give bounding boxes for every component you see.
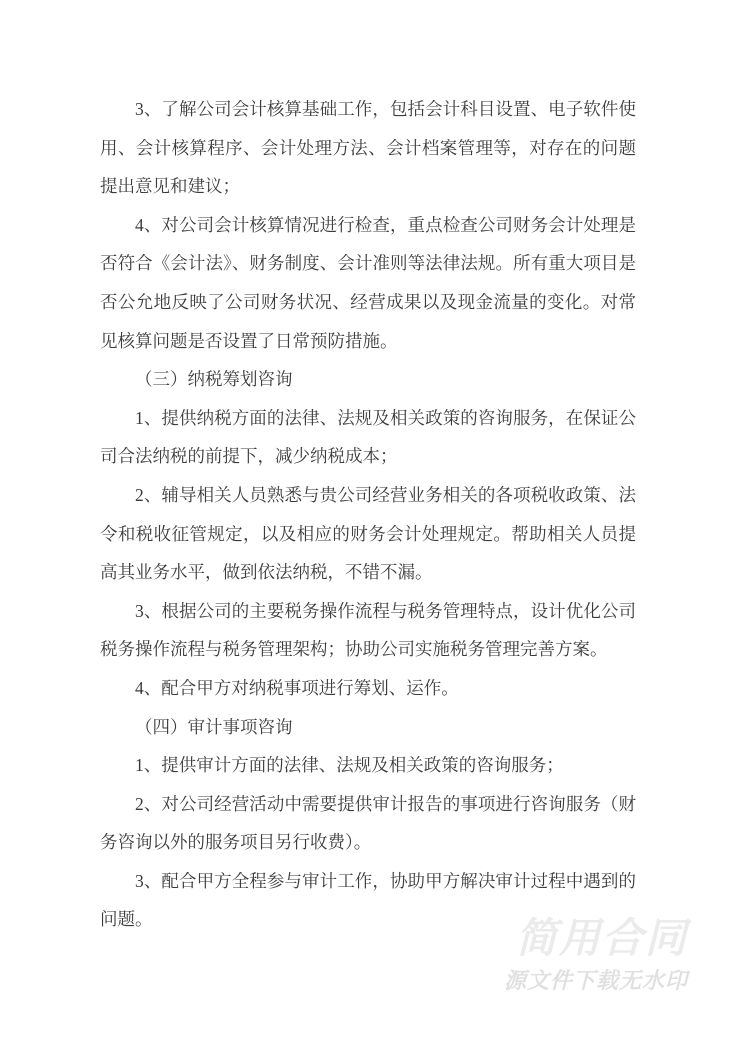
paragraph: 2、辅导相关人员熟悉与贵公司经营业务相关的各项税收政策、法令和税收征管规定，以及… [100,476,636,592]
paragraph: 3、根据公司的主要税务操作流程与税务管理特点，设计优化公司税务操作流程与税务管理… [100,592,636,669]
paragraph: （三）纳税筹划咨询 [100,360,636,399]
paragraph: 4、对公司会计核算情况进行检查，重点检查公司财务会计处理是否符合《会计法》、财务… [100,206,636,360]
paragraph: 3、配合甲方全程参与审计工作，协助甲方解决审计过程中遇到的问题。 [100,862,636,939]
paragraph: 1、提供审计方面的法律、法规及相关政策的咨询服务； [100,746,636,785]
paragraph: 3、了解公司会计核算基础工作，包括会计科目设置、电子软件使用、会计核算程序、会计… [100,90,636,206]
document-body: 3、了解公司会计核算基础工作，包括会计科目设置、电子软件使用、会计核算程序、会计… [100,90,636,939]
paragraph: 4、配合甲方对纳税事项进行筹划、运作。 [100,669,636,708]
document-page: 3、了解公司会计核算基础工作，包括会计科目设置、电子软件使用、会计核算程序、会计… [0,0,742,1049]
paragraph: 1、提供纳税方面的法律、法规及相关政策的咨询服务，在保证公司合法纳税的前提下，减… [100,399,636,476]
watermark-subtitle: 源文件下载无水印 [504,969,688,993]
paragraph: 2、对公司经营活动中需要提供审计报告的事项进行咨询服务（财务咨询以外的服务项目另… [100,785,636,862]
paragraph: （四）审计事项咨询 [100,708,636,747]
